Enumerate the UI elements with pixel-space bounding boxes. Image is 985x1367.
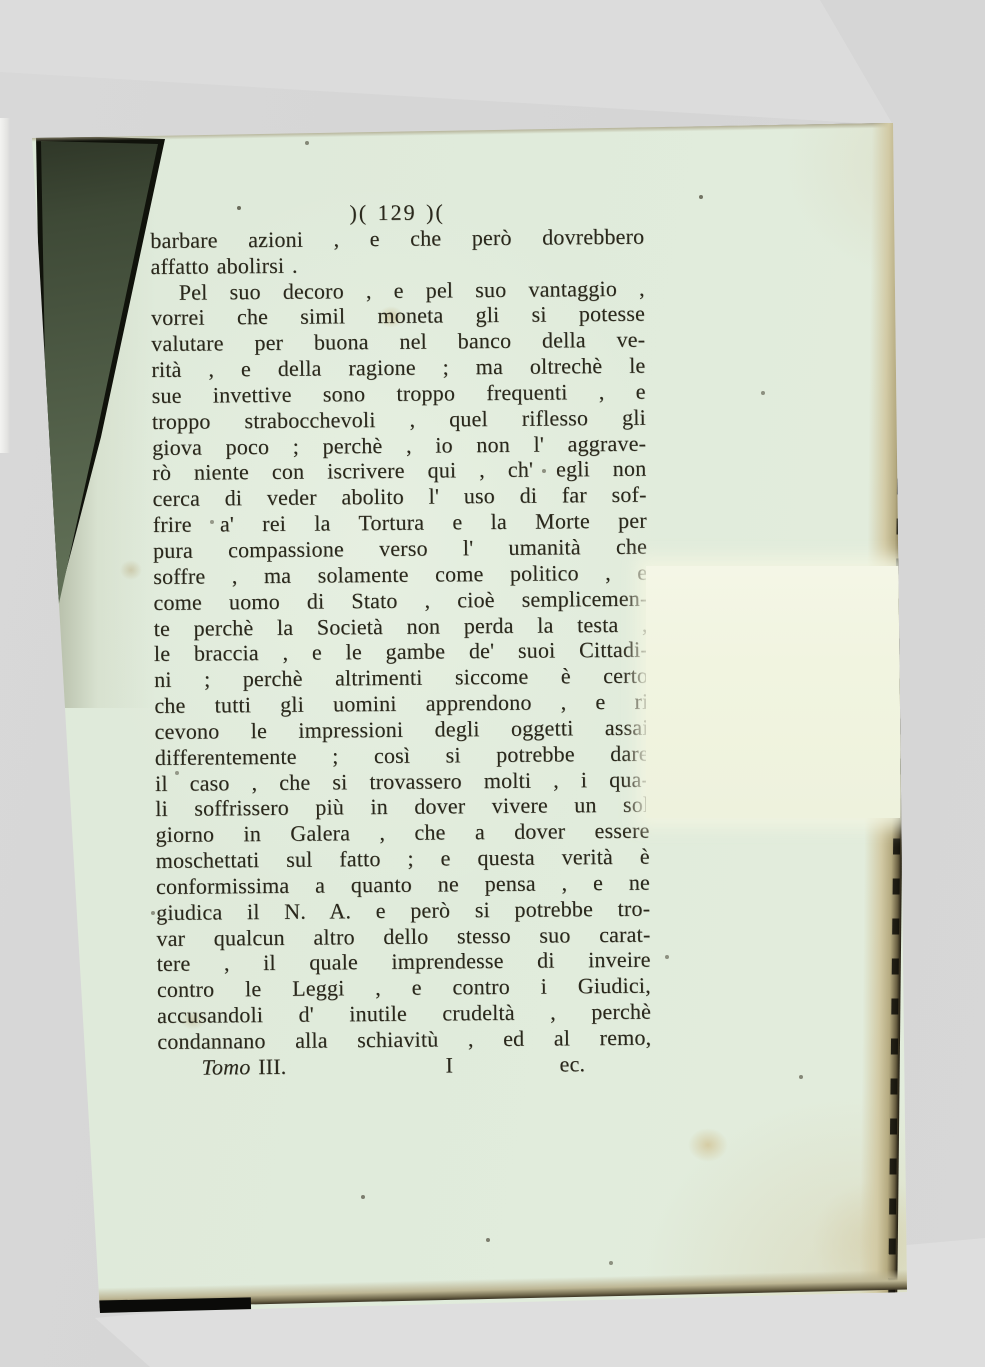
text-line: come uomo di Stato , cioè semplicemen- <box>153 585 647 615</box>
text-line: cevono le impressioni degli oggetti assa… <box>155 715 649 745</box>
text-line: conformissima a quanto ne pensa , e ne <box>156 870 650 900</box>
paper-stain <box>120 560 142 580</box>
text-line: troppo strabocchevoli , quel riflesso gl… <box>152 404 646 434</box>
text-line: pura compassione verso l' umanità che <box>153 534 647 564</box>
book-page: )( 129 )( barbare azioni , e che però do… <box>0 0 985 1367</box>
text-block: )( 129 )( barbare azioni , e che però do… <box>150 198 652 1081</box>
text-line: giudica il N. A. e però si potrebbe tro- <box>156 895 650 925</box>
text-lines: barbare azioni , e che però dovrebberoaf… <box>150 224 651 1055</box>
signature-mark: I <box>445 1052 453 1078</box>
text-line: sue invettive sono troppo frequenti , e <box>152 379 646 409</box>
footer-line: Tomo III. I ec. <box>157 1051 651 1081</box>
backdrop-top-shade <box>0 0 985 130</box>
paper-stain <box>688 1128 728 1162</box>
scan-edge-sliver <box>0 118 10 453</box>
catchword-tomo: Tomo III. <box>201 1054 286 1081</box>
text-line: soffre , ma solamente come politico , e <box>153 559 647 589</box>
scan-light-patch <box>646 566 900 818</box>
scanned-page-photo: )( 129 )( barbare azioni , e che però do… <box>0 0 985 1367</box>
text-line: differentemente ; così si potrebbe dare <box>155 740 649 770</box>
text-line: barbare azioni , e che però dovrebbero <box>150 224 644 254</box>
catchword-ec: ec. <box>559 1051 585 1077</box>
